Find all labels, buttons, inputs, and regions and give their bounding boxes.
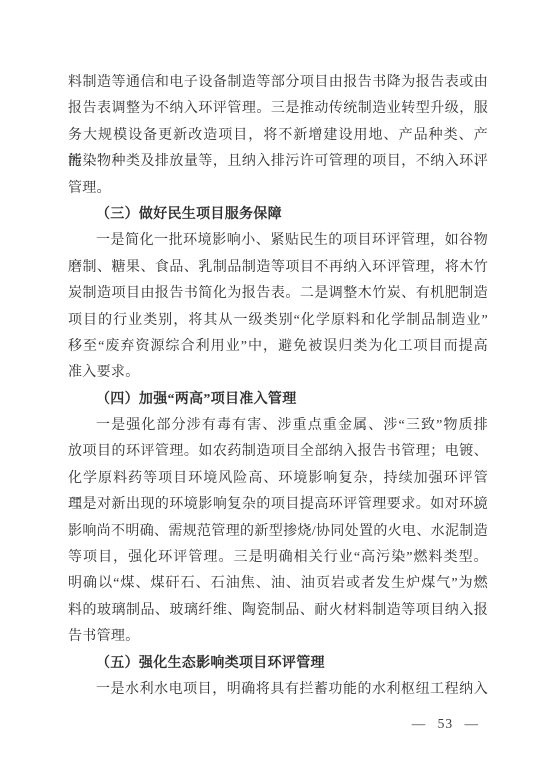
body-text-line: 项目的行业类别，将其从一级类别“化学原料和化学制品制造业”: [68, 308, 488, 334]
document-page: 料制造等通信和电子设备制造等部分项目由报告书降为报告表或由报告表调整为不纳入环评…: [0, 0, 550, 778]
body-text-line: 明确以“煤、煤矸石、石油焦、油、油页岩或者发生炉煤气”为燃: [68, 571, 488, 597]
page-number: — 53 —: [412, 715, 479, 733]
body-text-line: 放项目的环评管理。如农药制造项目全部纳入报告书管理；电镀、: [68, 439, 488, 465]
body-text-line: 炭制造项目由报告书简化为报告表。二是调整木竹炭、有机肥制造: [68, 281, 488, 307]
body-text-line: 料的玻璃制品、玻璃纤维、陶瓷制品、耐火材料制造等项目纳入报: [68, 598, 488, 624]
body-text-line: 影响尚不明确、需规范管理的新型掺烧/协同处置的火电、水泥制造: [68, 519, 488, 545]
body-text-line: 报告表调整为不纳入环评管理。三是推动传统制造业转型升级，服: [68, 96, 488, 122]
body-text-line: 准入要求。: [68, 360, 488, 386]
body-text-line: 务大规模设备更新改造项目，将不新增建设用地、产品种类、产能、: [68, 123, 488, 149]
section-heading: （四）加强“两高”项目准入管理: [68, 387, 488, 413]
body-text-line: 移至“废弃资源综合利用业”中，避免被误归类为化工项目而提高: [68, 334, 488, 360]
body-text-line: 料制造等通信和电子设备制造等部分项目由报告书降为报告表或由: [68, 70, 488, 96]
document-body: 料制造等通信和电子设备制造等部分项目由报告书降为报告表或由报告表调整为不纳入环评…: [68, 70, 488, 703]
section-heading: （三）做好民生项目服务保障: [68, 202, 488, 228]
body-text-line: 一是水利水电项目，明确将具有拦蓄功能的水利枢纽工程纳入: [68, 677, 488, 703]
body-text-line: 磨制、糖果、食品、乳制品制造等项目不再纳入环评管理，将木竹: [68, 255, 488, 281]
body-text-line: 化学原料药等项目环境风险高、环境影响复杂，持续加强环评管理。: [68, 466, 488, 492]
body-text-line: 一是强化部分涉有毒有害、涉重点重金属、涉“三致”物质排: [68, 413, 488, 439]
body-text-line: 污染物种类及排放量等，且纳入排污许可管理的项目，不纳入环评: [68, 149, 488, 175]
section-heading: （五）强化生态影响类项目环评管理: [68, 651, 488, 677]
body-text-line: 一是简化一批环境影响小、紧贴民生的项目环评管理，如谷物: [68, 228, 488, 254]
body-text-line: 等项目，强化环评管理。三是明确相关行业“高污染”燃料类型。: [68, 545, 488, 571]
body-text-line: 管理。: [68, 176, 488, 202]
body-text-line: 二是对新出现的环境影响复杂的项目提高环评管理要求。如对环境: [68, 492, 488, 518]
body-text-line: 告书管理。: [68, 624, 488, 650]
